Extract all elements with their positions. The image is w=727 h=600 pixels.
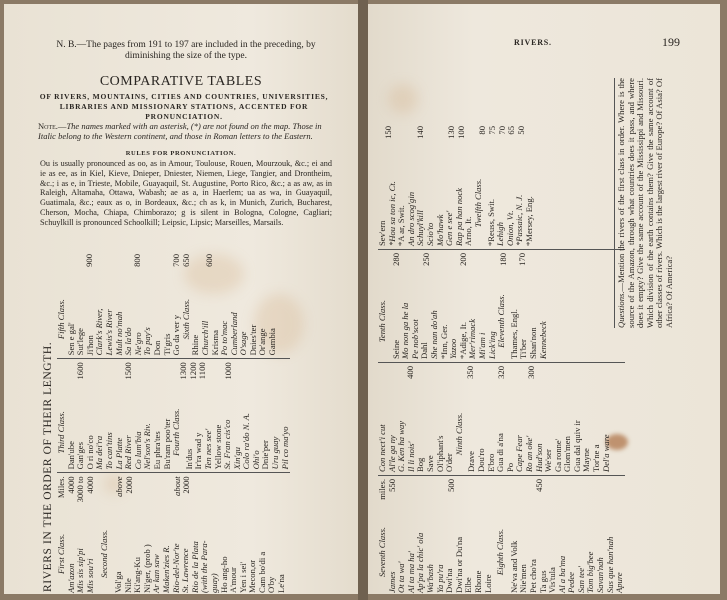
- river-name: Mis sou'ri: [86, 515, 96, 593]
- miles-value: 650: [182, 254, 192, 277]
- miles-value: 300: [527, 366, 537, 390]
- miles-value: 280: [392, 253, 402, 277]
- river-name: Gua di a'na: [496, 396, 506, 472]
- column-tenth-eleventh: Tenth Class. Seine Mo non ga he la Pe no…: [378, 280, 625, 363]
- miles-value: 170: [518, 253, 528, 277]
- miles-value: 600: [205, 254, 215, 277]
- rules-heading: RULES FOR PRONUNCIATION.: [4, 150, 358, 157]
- page-title: COMPARATIVE TABLES: [4, 74, 358, 90]
- column-fifth-sixth: Fifth Class. Sen e gal' Sut'lege Ji'hon …: [57, 280, 290, 359]
- right-page: RIVERS. 199 Seventh Class. James Ot ta w…: [368, 4, 720, 594]
- questions-lead: Questions.: [616, 291, 626, 328]
- class-header-second: Second Class.: [100, 515, 110, 593]
- miles-column-1: miles. 550 500 450: [378, 476, 625, 508]
- miles-column-3: 280 250 200 180 170: [378, 250, 625, 280]
- page-number: 199: [662, 35, 680, 50]
- running-head: RIVERS.: [514, 38, 552, 47]
- miles-value: 1100: [198, 362, 208, 389]
- miles-value: 350: [466, 366, 476, 390]
- column-seventh-eighth: Seventh Class. James Ot ta wa' Al ta ma …: [378, 508, 625, 594]
- miles-value: 900: [85, 254, 95, 277]
- class-header-fourth: Fourth Class.: [172, 395, 182, 469]
- miles-value: 400: [406, 366, 416, 390]
- miles-value: 1500: [124, 362, 134, 389]
- column-third-fourth: Third Class. Dan'ube Gan'ges O ri no'co …: [57, 392, 290, 473]
- river-name: Gambia: [268, 283, 278, 355]
- miles-value: 550: [388, 479, 398, 505]
- river-name: Pil co ma'yo: [281, 395, 291, 469]
- asterisk-note: Note.—The names marked with an asterisk,…: [38, 122, 334, 141]
- miles-column-1: Miles. 4000 3000 to 4000 above 2000 abou…: [57, 473, 290, 511]
- miles-value: 500: [447, 479, 457, 505]
- river-name: Del'a ware: [602, 396, 612, 472]
- miles-column-2: 400 350 320 300: [378, 363, 625, 393]
- class-header-twelfth: Twelfth Class.: [474, 160, 484, 246]
- miles-value: 450: [535, 479, 545, 505]
- miles-value: 4000: [86, 476, 96, 508]
- miles-value: 250: [422, 253, 432, 277]
- miles-value: 320: [497, 366, 507, 390]
- book-gutter: [358, 0, 368, 600]
- miles-value: 2000: [125, 476, 135, 508]
- rules-text: Ou is usually pronounced as oo, as in Am…: [40, 159, 332, 228]
- miles-value: 1600: [76, 362, 86, 389]
- column-first-second: First Class. Am'azon Mis sis sip'pi Mis …: [57, 512, 290, 594]
- class-header-eighth: Eighth Class.: [496, 511, 506, 593]
- miles-value: 100: [457, 126, 467, 154]
- miles-value: 50: [517, 126, 527, 154]
- questions-text: —Mention the rivers of the first class i…: [616, 78, 674, 328]
- miles-value: 200: [459, 253, 469, 277]
- table-title: RIVERS IN THE ORDER OF THEIR LENGTH.: [42, 251, 54, 594]
- rivers-table-right: Seventh Class. James Ot ta wa' Al ta ma …: [378, 56, 708, 594]
- table-columns: Seventh Class. James Ot ta wa' Al ta ma …: [378, 56, 625, 594]
- miles-column-4: 150 140 130 100 80 75 70 65 50: [378, 123, 625, 157]
- river-name: *Mersey, Eng.: [525, 160, 535, 246]
- left-page: N. B.—The pages from 191 to 197 are incl…: [4, 4, 358, 594]
- rivers-table-left: RIVERS IN THE ORDER OF THEIR LENGTH. Fir…: [42, 251, 358, 594]
- river-name: Loire: [484, 511, 494, 593]
- miles-value: 180: [499, 253, 509, 277]
- miles-value: 1000: [224, 362, 234, 389]
- questions-paragraph: Questions.—Mention the rivers of the fir…: [614, 78, 675, 328]
- river-name: Kennebeck: [539, 283, 549, 359]
- class-header-eleventh: Eleventh Class.: [497, 283, 507, 359]
- miles-column-2: 1600 1500 1300 1200 1100 1000: [57, 359, 290, 392]
- miles-value: 800: [133, 254, 143, 277]
- page-subtitle: OF RIVERS, MOUNTAINS, CITIES AND COUNTRI…: [34, 92, 334, 122]
- column-tenth-cont-twelfth: Sev'ern *Hou sa ton ic, Ct. *A ar, Swit.…: [378, 157, 625, 250]
- class-header-ninth: Ninth Class.: [455, 396, 465, 472]
- river-name: Apure: [615, 511, 625, 593]
- miles-value: 150: [384, 126, 394, 154]
- nb-note: N. B.—The pages from 191 to 197 are incl…: [36, 40, 336, 62]
- miles-value: 2000: [182, 476, 192, 508]
- river-name: Le'na: [277, 515, 287, 593]
- note-lead: Note.—: [38, 121, 66, 131]
- miles-column-3: 900 800 700 650 600: [57, 251, 290, 280]
- note-text: The names marked with an asterisk, (*) a…: [38, 121, 322, 141]
- miles-value: 140: [416, 126, 426, 154]
- column-seventh-cont-ninth: Con nect'i cut Al'le ga ny G. Ken ha way…: [378, 393, 625, 476]
- table-columns: First Class. Am'azon Mis sis sip'pi Mis …: [57, 251, 290, 594]
- class-header-tenth: Tenth Class.: [378, 283, 388, 359]
